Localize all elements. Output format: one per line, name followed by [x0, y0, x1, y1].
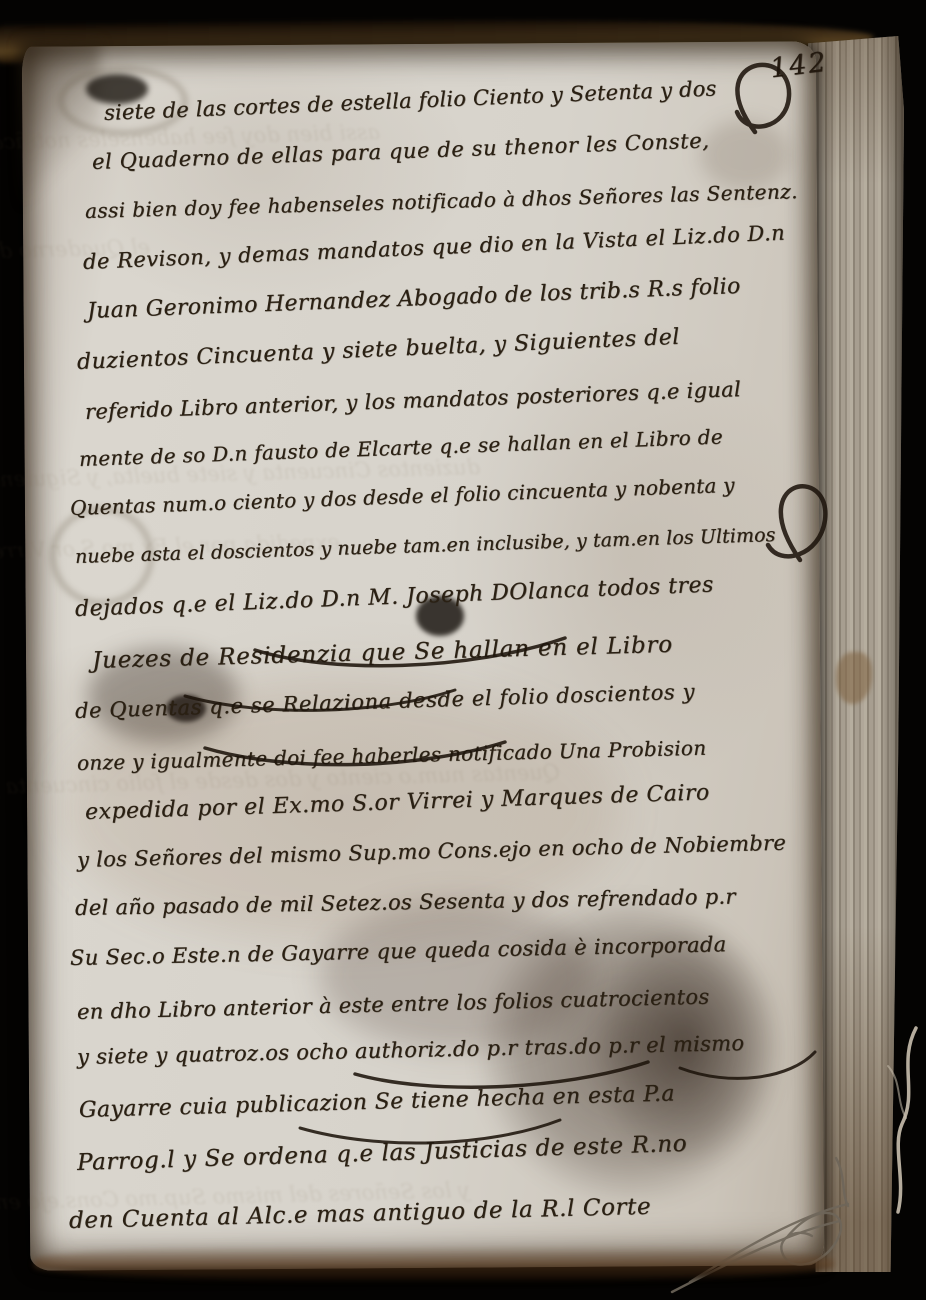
ink-stain-streak [320, 900, 590, 1050]
page-bottom-shadow [34, 1246, 834, 1280]
book-photo: 142 el Quaderno de ellas para que de su … [0, 0, 926, 1300]
